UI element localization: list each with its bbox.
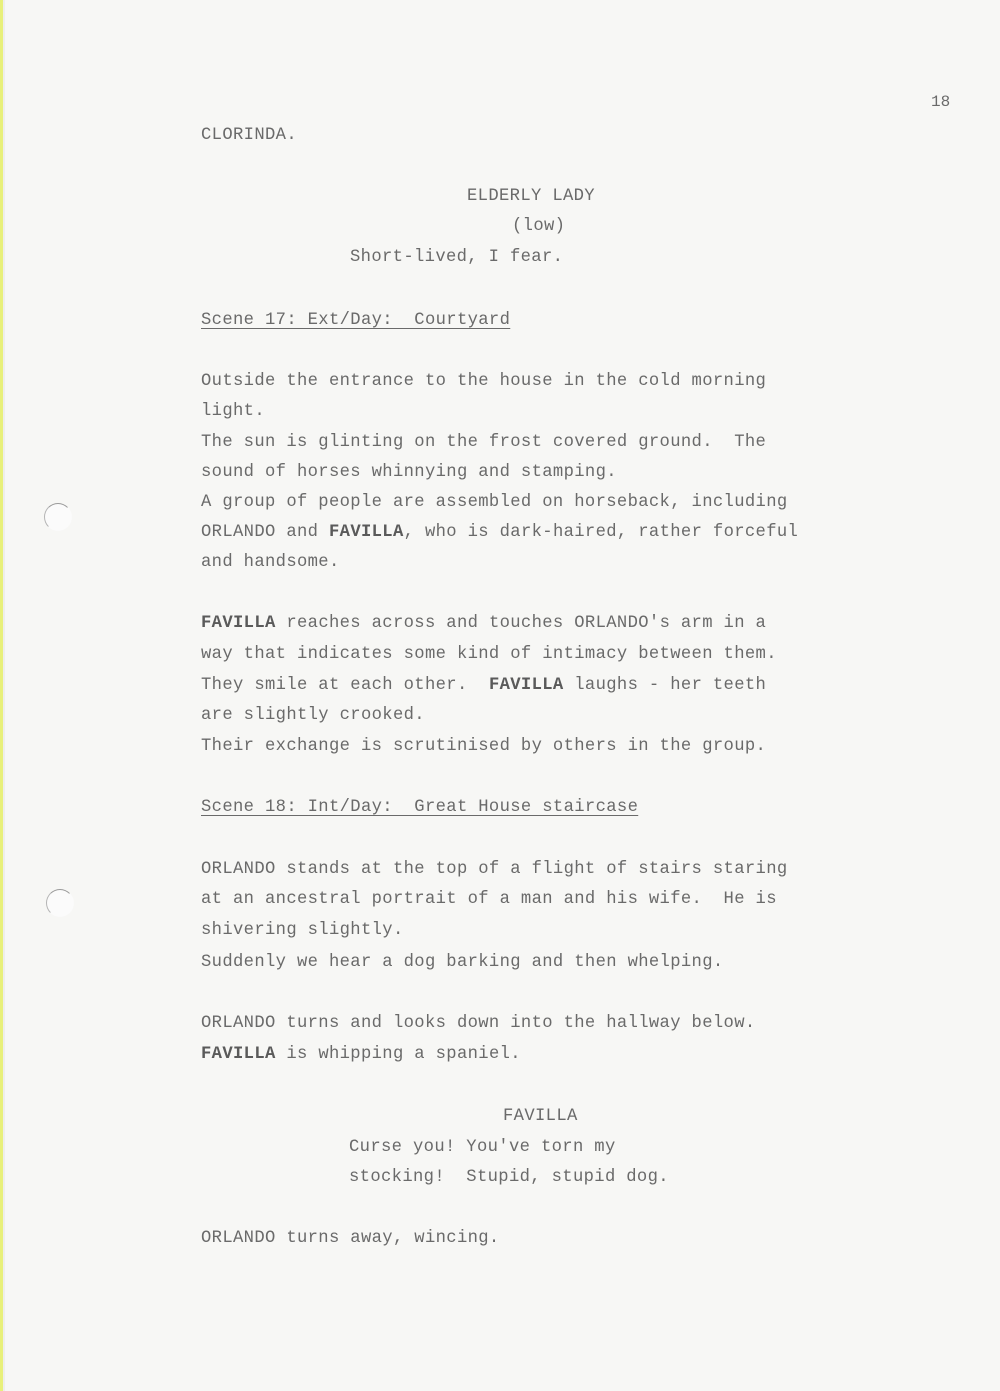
page-number: 18 bbox=[931, 93, 950, 111]
action-line: They smile at each other. FAVILLA laughs… bbox=[201, 676, 766, 696]
action-line: Outside the entrance to the house in the… bbox=[201, 372, 766, 392]
character-mention: FAVILLA bbox=[489, 676, 564, 695]
dialogue-line: Short-lived, I fear. bbox=[350, 248, 563, 268]
action-line: shivering slightly. bbox=[201, 921, 404, 941]
action-line: way that indicates some kind of intimacy… bbox=[201, 645, 777, 665]
action-line: ORLANDO turns and looks down into the ha… bbox=[201, 1014, 756, 1034]
action-line: CLORINDA. bbox=[201, 126, 297, 146]
action-line: FAVILLA is whipping a spaniel. bbox=[201, 1045, 521, 1065]
character-name: FAVILLA bbox=[503, 1107, 578, 1127]
character-mention: FAVILLA bbox=[201, 614, 276, 633]
action-line: Their exchange is scrutinised by others … bbox=[201, 737, 766, 757]
punch-hole-icon bbox=[46, 889, 74, 917]
scene-heading: Scene 18: Int/Day: Great House staircase bbox=[201, 798, 638, 818]
parenthetical: (low) bbox=[512, 217, 565, 237]
action-line: A group of people are assembled on horse… bbox=[201, 493, 788, 513]
action-line: sound of horses whinnying and stamping. bbox=[201, 463, 617, 483]
action-line: Suddenly we hear a dog barking and then … bbox=[201, 953, 724, 973]
action-line: ORLANDO and FAVILLA, who is dark-haired,… bbox=[201, 523, 798, 543]
character-mention: FAVILLA bbox=[201, 1045, 276, 1064]
action-line: are slightly crooked. bbox=[201, 706, 425, 726]
scene-heading: Scene 17: Ext/Day: Courtyard bbox=[201, 311, 510, 331]
action-line: at an ancestral portrait of a man and hi… bbox=[201, 890, 777, 910]
page-edge-shadow bbox=[3, 0, 5, 1391]
character-mention: FAVILLA bbox=[329, 523, 404, 542]
dialogue-line: Curse you! You've torn my bbox=[349, 1138, 616, 1158]
punch-hole-icon bbox=[44, 503, 72, 531]
action-line: ORLANDO stands at the top of a flight of… bbox=[201, 860, 788, 880]
action-line: light. bbox=[201, 402, 265, 422]
dialogue-line: stocking! Stupid, stupid dog. bbox=[349, 1168, 669, 1188]
action-line: The sun is glinting on the frost covered… bbox=[201, 433, 766, 453]
action-line: and handsome. bbox=[201, 553, 340, 573]
character-name: ELDERLY LADY bbox=[467, 187, 595, 207]
action-line: FAVILLA reaches across and touches ORLAN… bbox=[201, 614, 766, 634]
action-line: ORLANDO turns away, wincing. bbox=[201, 1229, 500, 1249]
